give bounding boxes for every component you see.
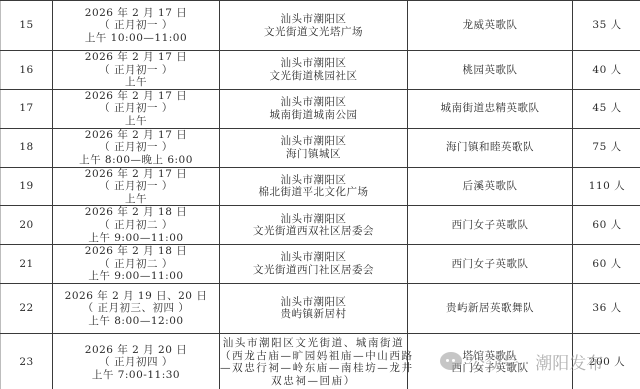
participant-count: 75 人 xyxy=(573,128,640,167)
participant-count: 110 人 xyxy=(573,167,640,206)
row-number: 18 xyxy=(1,128,53,167)
team-cell: 龙威英歌队 xyxy=(408,1,573,51)
table-row: 21 2026 年 2 月 18 日（ 正月初二 ）上午 9:00—11:00 … xyxy=(1,245,640,284)
location-cell: 汕头市潮阳区文光街道文光塔广场 xyxy=(220,1,408,51)
location-cell: 汕头市潮阳区文光街道桃园社区 xyxy=(220,51,408,90)
participant-count: 40 人 xyxy=(573,51,640,90)
location-cell: 汕头市潮阳区文光街道西双社区居委会 xyxy=(220,206,408,245)
participant-count: 45 人 xyxy=(573,89,640,128)
participant-count: 200 人 xyxy=(573,333,640,389)
table-row: 15 2026 年 2 月 17 日（ 正月初一 ）上午 10:00—11:00… xyxy=(1,1,640,51)
location-cell: 汕头市潮阳区文光街道西门社区居委会 xyxy=(220,245,408,284)
date-time-cell: 2026 年 2 月 18 日（ 正月初二 ）上午 9:00—11:00 xyxy=(53,206,220,245)
team-cell: 西门女子英歌队 xyxy=(408,245,573,284)
row-number: 20 xyxy=(1,206,53,245)
table-row: 23 2026 年 2 月 20 日（ 正月初四 ）上午 7:00-11:30 … xyxy=(1,333,640,389)
schedule-table: 15 2026 年 2 月 17 日（ 正月初一 ）上午 10:00—11:00… xyxy=(0,0,640,389)
row-number: 15 xyxy=(1,1,53,51)
team-cell: 西门女子英歌队 xyxy=(408,206,573,245)
location-cell: 汕头市潮阳区海门镇城区 xyxy=(220,128,408,167)
row-number: 16 xyxy=(1,51,53,90)
participant-count: 35 人 xyxy=(573,1,640,51)
row-number: 23 xyxy=(1,333,53,389)
participant-count: 36 人 xyxy=(573,283,640,333)
date-time-cell: 2026 年 2 月 19 日、20 日（ 正月初三、初四 ）上午 8:00—1… xyxy=(53,283,220,333)
table-row: 17 2026 年 2 月 17 日（ 正月初一 ）上午 汕头市潮阳区城南街道城… xyxy=(1,89,640,128)
date-time-cell: 2026 年 2 月 17 日（ 正月初一 ）上午 xyxy=(53,167,220,206)
location-cell: 汕头市潮阳区城南街道城南公园 xyxy=(220,89,408,128)
table-row: 22 2026 年 2 月 19 日、20 日（ 正月初三、初四 ）上午 8:0… xyxy=(1,283,640,333)
row-number: 17 xyxy=(1,89,53,128)
date-time-cell: 2026 年 2 月 17 日（ 正月初一 ）上午 xyxy=(53,89,220,128)
table-row: 18 2026 年 2 月 17 日（ 正月初一 ）上午 8:00—晚上 6:0… xyxy=(1,128,640,167)
row-number: 22 xyxy=(1,283,53,333)
team-cell: 海门镇和睦英歌队 xyxy=(408,128,573,167)
team-cell: 贵屿新居英歌舞队 xyxy=(408,283,573,333)
team-cell: 城南街道忠精英歌队 xyxy=(408,89,573,128)
row-number: 21 xyxy=(1,245,53,284)
row-number: 19 xyxy=(1,167,53,206)
location-cell: 汕头市潮阳区贵屿镇新居村 xyxy=(220,283,408,333)
location-cell: 汕头市潮阳区文光街道、城南街道（西龙古庙—旷园妈祖庙—中山西路—双忠行祠—岭东庙… xyxy=(220,333,408,389)
team-cell: 桃园英歌队 xyxy=(408,51,573,90)
participant-count: 60 人 xyxy=(573,206,640,245)
participant-count: 60 人 xyxy=(573,245,640,284)
table-row: 19 2026 年 2 月 17 日（ 正月初一 ）上午 汕头市潮阳区棉北街道平… xyxy=(1,167,640,206)
table-row: 20 2026 年 2 月 18 日（ 正月初二 ）上午 9:00—11:00 … xyxy=(1,206,640,245)
date-time-cell: 2026 年 2 月 17 日（ 正月初一 ）上午 xyxy=(53,51,220,90)
date-time-cell: 2026 年 2 月 18 日（ 正月初二 ）上午 9:00—11:00 xyxy=(53,245,220,284)
location-cell: 汕头市潮阳区棉北街道平北文化广场 xyxy=(220,167,408,206)
team-cell: 后溪英歌队 xyxy=(408,167,573,206)
date-time-cell: 2026 年 2 月 17 日（ 正月初一 ）上午 8:00—晚上 6:00 xyxy=(53,128,220,167)
date-time-cell: 2026 年 2 月 20 日（ 正月初四 ）上午 7:00-11:30 xyxy=(53,333,220,389)
date-time-cell: 2026 年 2 月 17 日（ 正月初一 ）上午 10:00—11:00 xyxy=(53,1,220,51)
table-row: 16 2026 年 2 月 17 日（ 正月初一 ）上午 汕头市潮阳区文光街道桃… xyxy=(1,51,640,90)
team-cell: 塔馆英歌队西门女子英歌队 xyxy=(408,333,573,389)
